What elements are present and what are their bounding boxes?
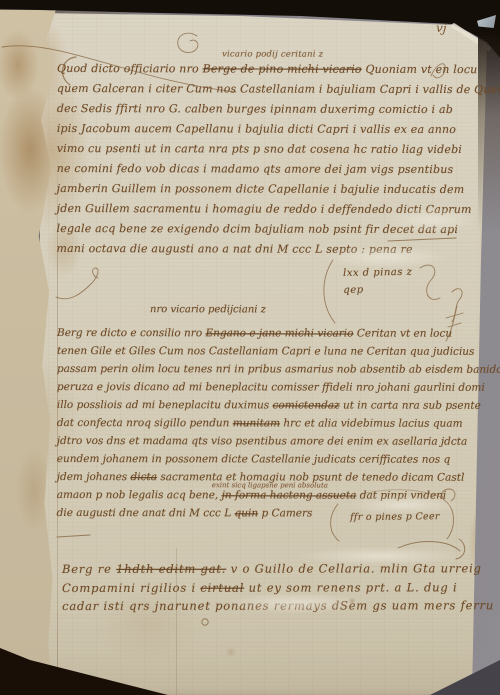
ink-ring-mark <box>202 619 208 625</box>
abrasion-patch <box>388 208 476 232</box>
entry2-heading-mark <box>446 306 463 341</box>
top-sweep-flourish <box>2 46 236 92</box>
margin1-paraph-b <box>452 289 462 322</box>
margin1-paraph-a <box>420 265 440 299</box>
ink-flourishes <box>0 0 500 695</box>
abrasion-patch <box>298 547 462 565</box>
entry1-initial-swash <box>62 57 76 85</box>
entry1-line1-flourish <box>431 64 445 78</box>
separator-dash <box>57 535 90 537</box>
margin1-bracket <box>324 260 335 323</box>
entry1-end-dash <box>388 238 456 241</box>
margin2-bracket-left <box>331 504 339 541</box>
manuscript-photo: vj vicario podij ceritani zQuod dicto of… <box>0 0 500 695</box>
abrasion-patch <box>323 246 447 268</box>
abrasion-patch <box>348 496 460 514</box>
inter-entry-squiggle <box>56 268 98 299</box>
abrasion-patch <box>226 593 364 613</box>
top-curl-flourish <box>178 33 198 52</box>
